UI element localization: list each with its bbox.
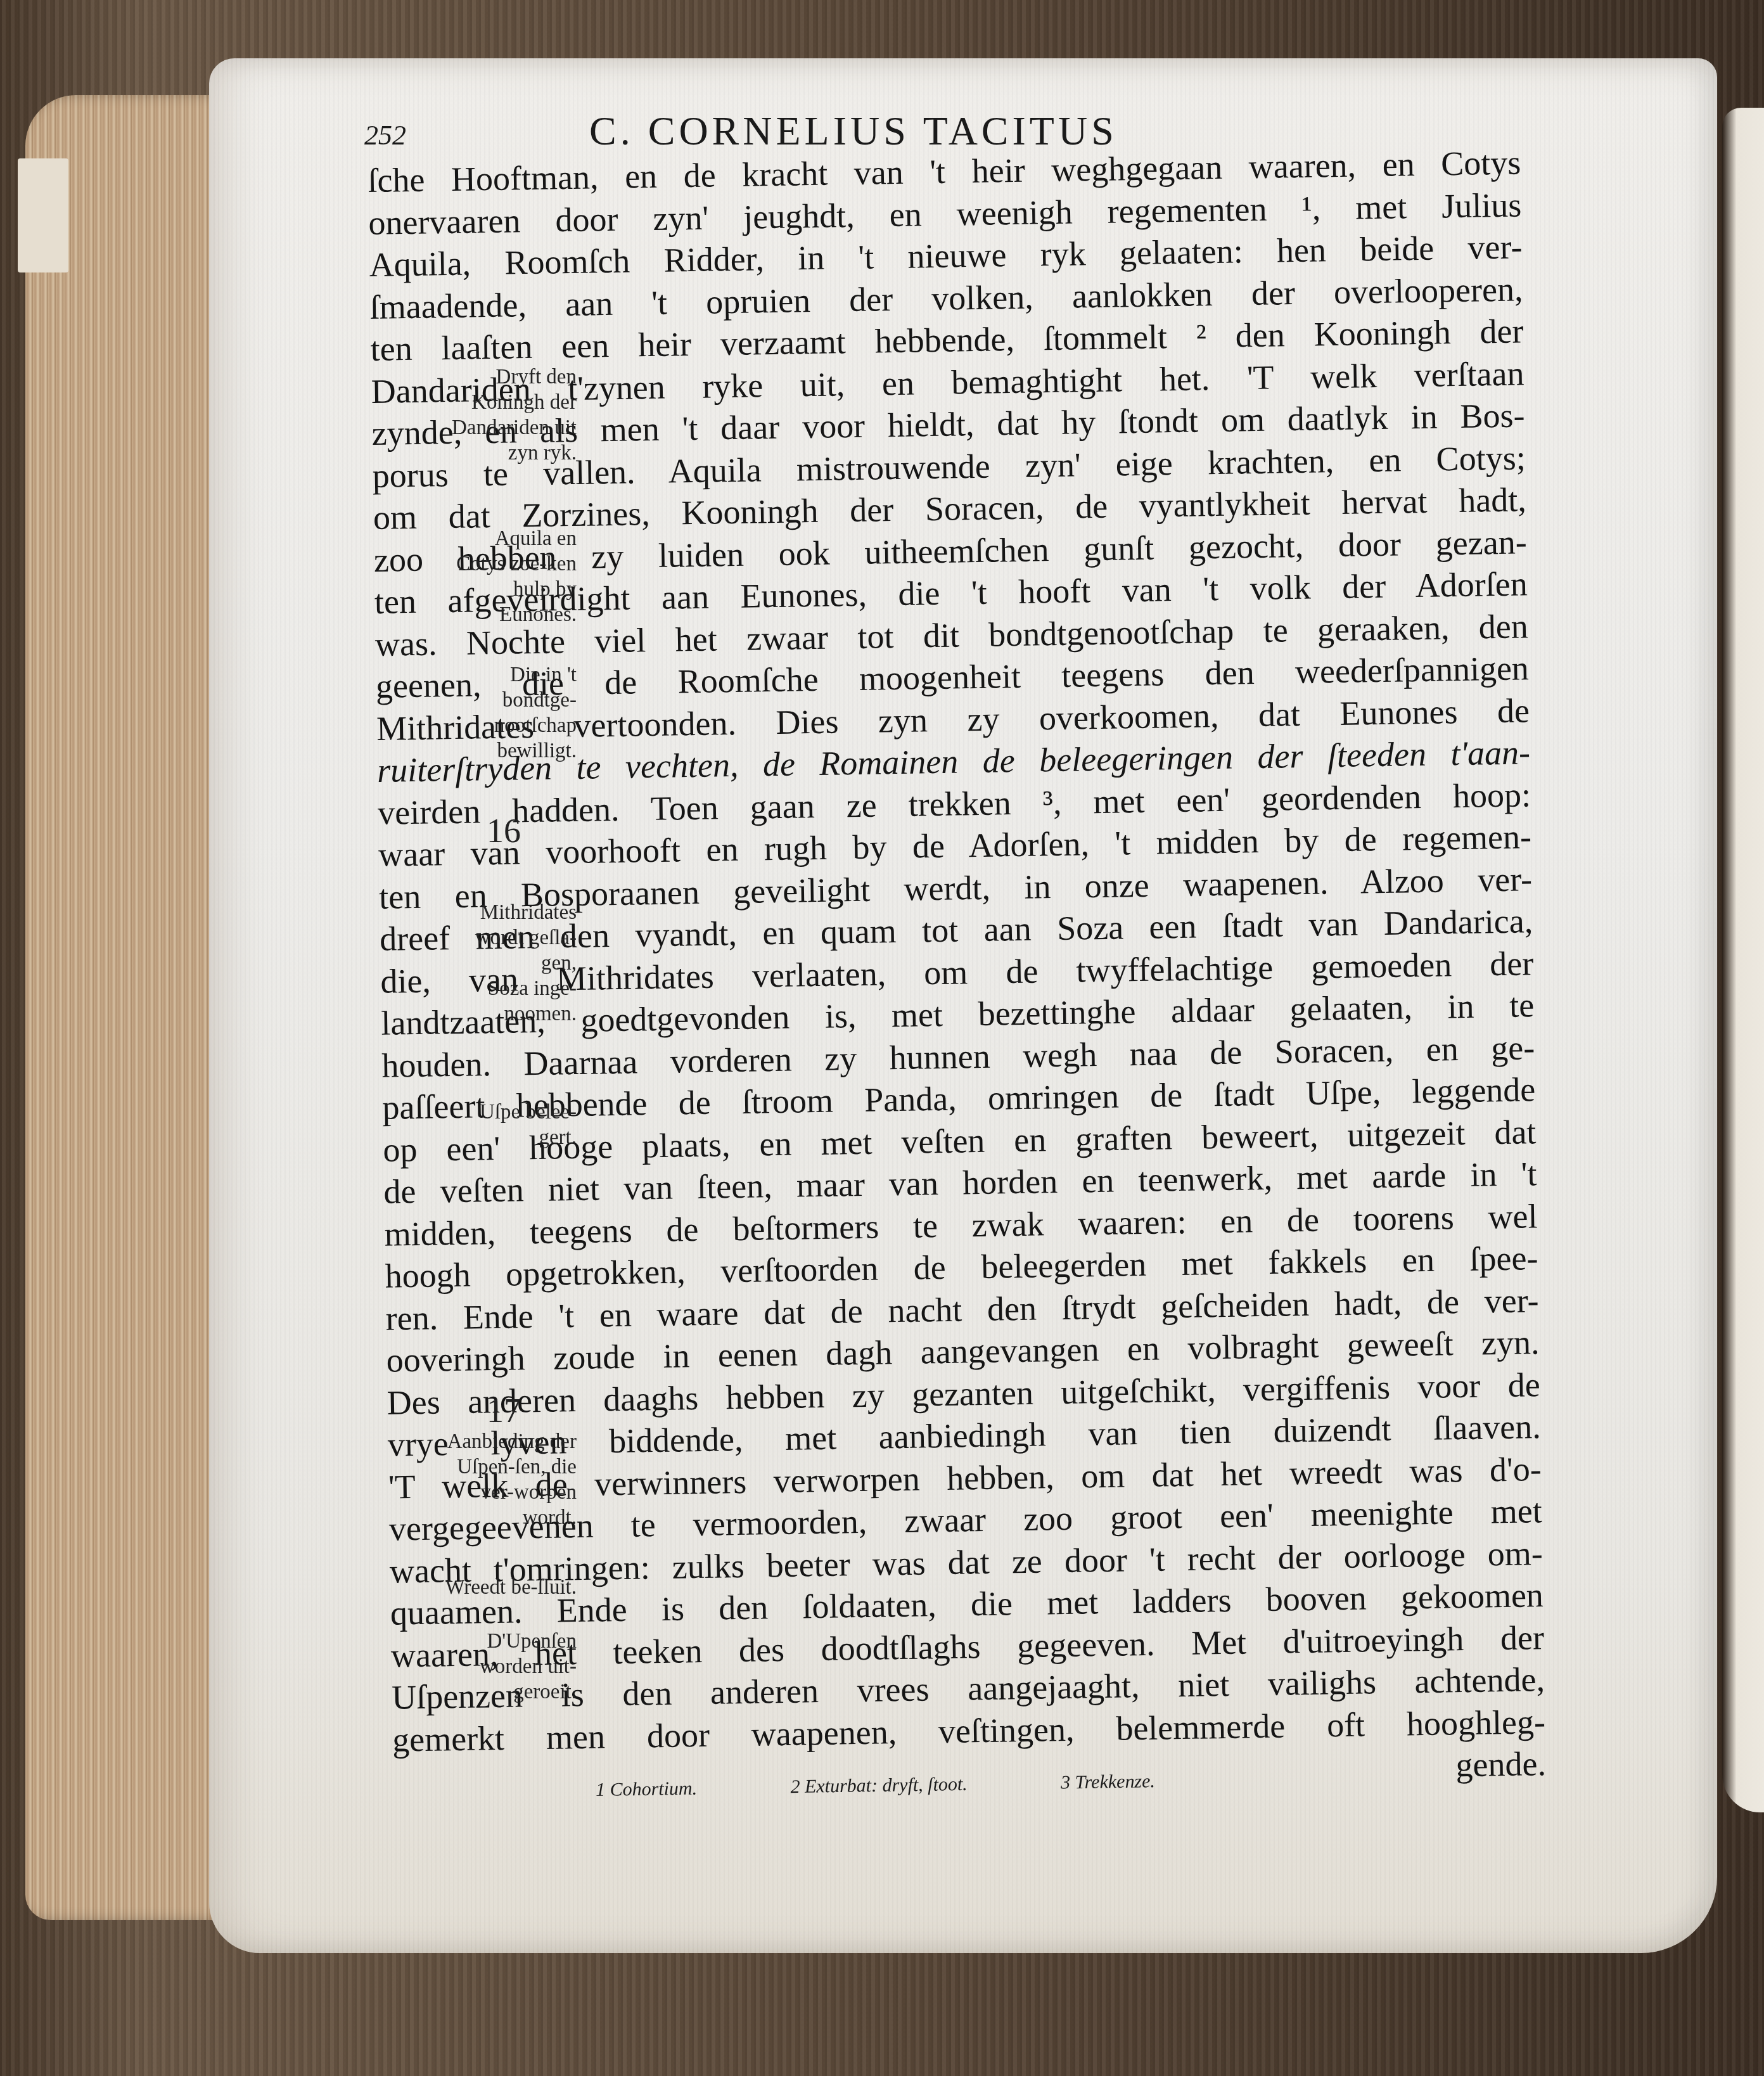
page-number: 252 [364,119,406,151]
margin-note: Dryft den Koningh der Dandariden uit zyn… [444,364,577,466]
margin-note: Uſpe belee-gert. [444,1099,577,1150]
margin-note: Mithridates wordt geſla-gen, [444,900,577,976]
footnote: 1 Cohortium. [596,1778,698,1801]
margin-note: Aanbieding der Uſpen-ſen, die ver-worpen… [444,1429,577,1530]
margin-note: Aquila en Cotys zoe-ken hulp by Eunones. [444,526,577,627]
facing-page-edge [1722,108,1764,1812]
margin-note: Die in 't bondtge-nootſchap bewilligt. [444,662,577,764]
margin-note: Wreedt be-ſluit. [444,1575,577,1600]
book-page-edges [25,95,228,1920]
footnote: 2 Exturbat: dryft, ſtoot. [790,1774,968,1797]
chapter-number: 17 [437,1391,570,1430]
chapter-number: 16 [437,811,570,850]
margin-note: D'Upenſen worden uit-geroeit. [444,1629,577,1705]
running-head: C. CORNELIUS TACITUS [589,108,1118,155]
book-spine-tab [18,158,68,272]
margin-note: Soza inge-noomen. [444,976,577,1027]
footnote: 3 Trekkenze. [1061,1771,1155,1793]
